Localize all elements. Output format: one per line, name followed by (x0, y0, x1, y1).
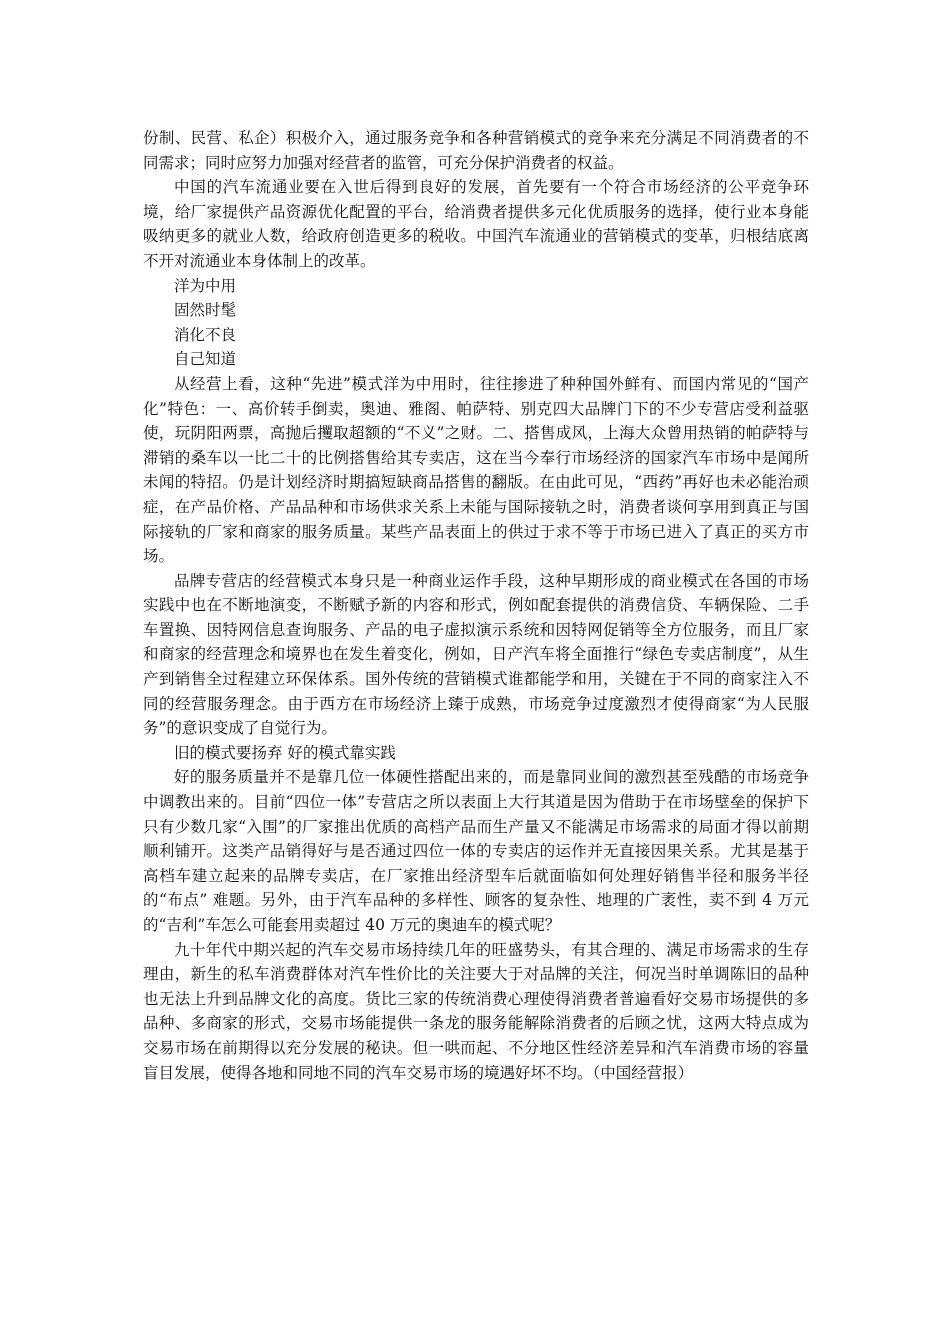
paragraph-operations: 从经营上看，这种“先进”模式洋为中用时，往往掺进了种种国外鲜有、而国内常见的“国… (143, 372, 809, 569)
document-page: 份制、民营、私企）积极介入，通过服务竞争和各种营销模式的竞争来充分满足不同消费者… (143, 126, 809, 1085)
subheading-line-3: 消化不良 (143, 323, 809, 348)
paragraph-service-quality: 好的服务质量并不是靠几位一体硬性搭配出来的，而是靠同业间的激烈甚至残酷的市场竞争… (143, 765, 809, 937)
subheading-old-new-models: 旧的模式要扬弃 好的模式靠实践 (143, 741, 809, 766)
paragraph-trading-markets: 九十年代中期兴起的汽车交易市场持续几年的旺盛势头，有其合理的、满足市场需求的生存… (143, 938, 809, 1086)
paragraph-brand-stores: 品牌专营店的经营模式本身只是一种商业运作手段，这种早期形成的商业模式在各国的市场… (143, 569, 809, 741)
subheading-line-4: 自己知道 (143, 347, 809, 372)
paragraph-reform: 中国的汽车流通业要在入世后得到良好的发展，首先要有一个符合市场经济的公平竞争环境… (143, 175, 809, 273)
subheading-line-1: 洋为中用 (143, 274, 809, 299)
paragraph-continuation: 份制、民营、私企）积极介入，通过服务竞争和各种营销模式的竞争来充分满足不同消费者… (143, 126, 809, 175)
subheading-line-2: 固然时髦 (143, 298, 809, 323)
